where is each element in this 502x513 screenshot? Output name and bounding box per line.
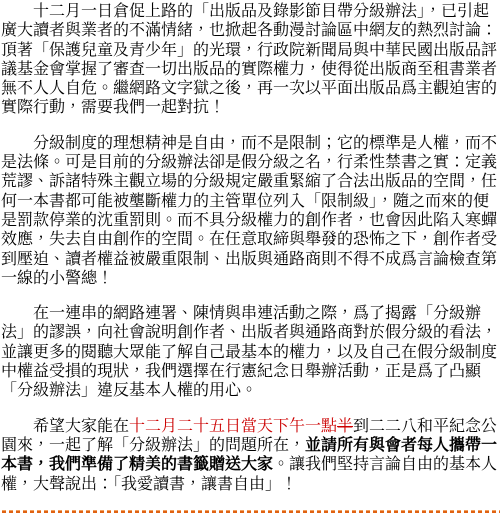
article-body: 十二月一日倉促上路的「出版品及錄影節目帶分級辦法」，已引起廣大讀者與業者的不滿情… bbox=[1, 2, 501, 494]
text-segment-normal: 十二月一日倉促上路的「出版品及錄影節目帶分級辦法」，已引起廣大讀者與業者的不滿情… bbox=[1, 3, 497, 116]
paragraph: 希望大家能在十二月二十五日當天下午一點半到二二八和平紀念公園來，一起了解「分級辦… bbox=[1, 417, 501, 494]
paragraph: 十二月一日倉促上路的「出版品及錄影節目帶分級辦法」，已引起廣大讀者與業者的不滿情… bbox=[1, 2, 501, 118]
text-segment-normal: 分級制度的理想精神是自由，而不是限制；它的標準是人權，而不是法條。可是目前的分級… bbox=[1, 135, 497, 287]
text-segment-normal: 希望大家能在 bbox=[33, 418, 129, 435]
paragraph: 在一連串的網路連署、陳情與串連活動之際，爲了揭露「分級辦法」的謬誤，向社會說明創… bbox=[1, 304, 501, 400]
text-segment-normal: 在一連串的網路連署、陳情與串連活動之際，爲了揭露「分級辦法」的謬誤，向社會說明創… bbox=[1, 305, 497, 399]
paragraph: 分級制度的理想精神是自由，而不是限制；它的標準是人權，而不是法條。可是目前的分級… bbox=[1, 134, 501, 288]
text-segment-red: 十二月二十五日當天下午一點 bbox=[129, 418, 337, 435]
article: 十二月一日倉促上路的「出版品及錄影節目帶分級辦法」，已引起廣大讀者與業者的不滿情… bbox=[0, 0, 502, 513]
text-segment-red-strike: 半 bbox=[337, 418, 353, 435]
